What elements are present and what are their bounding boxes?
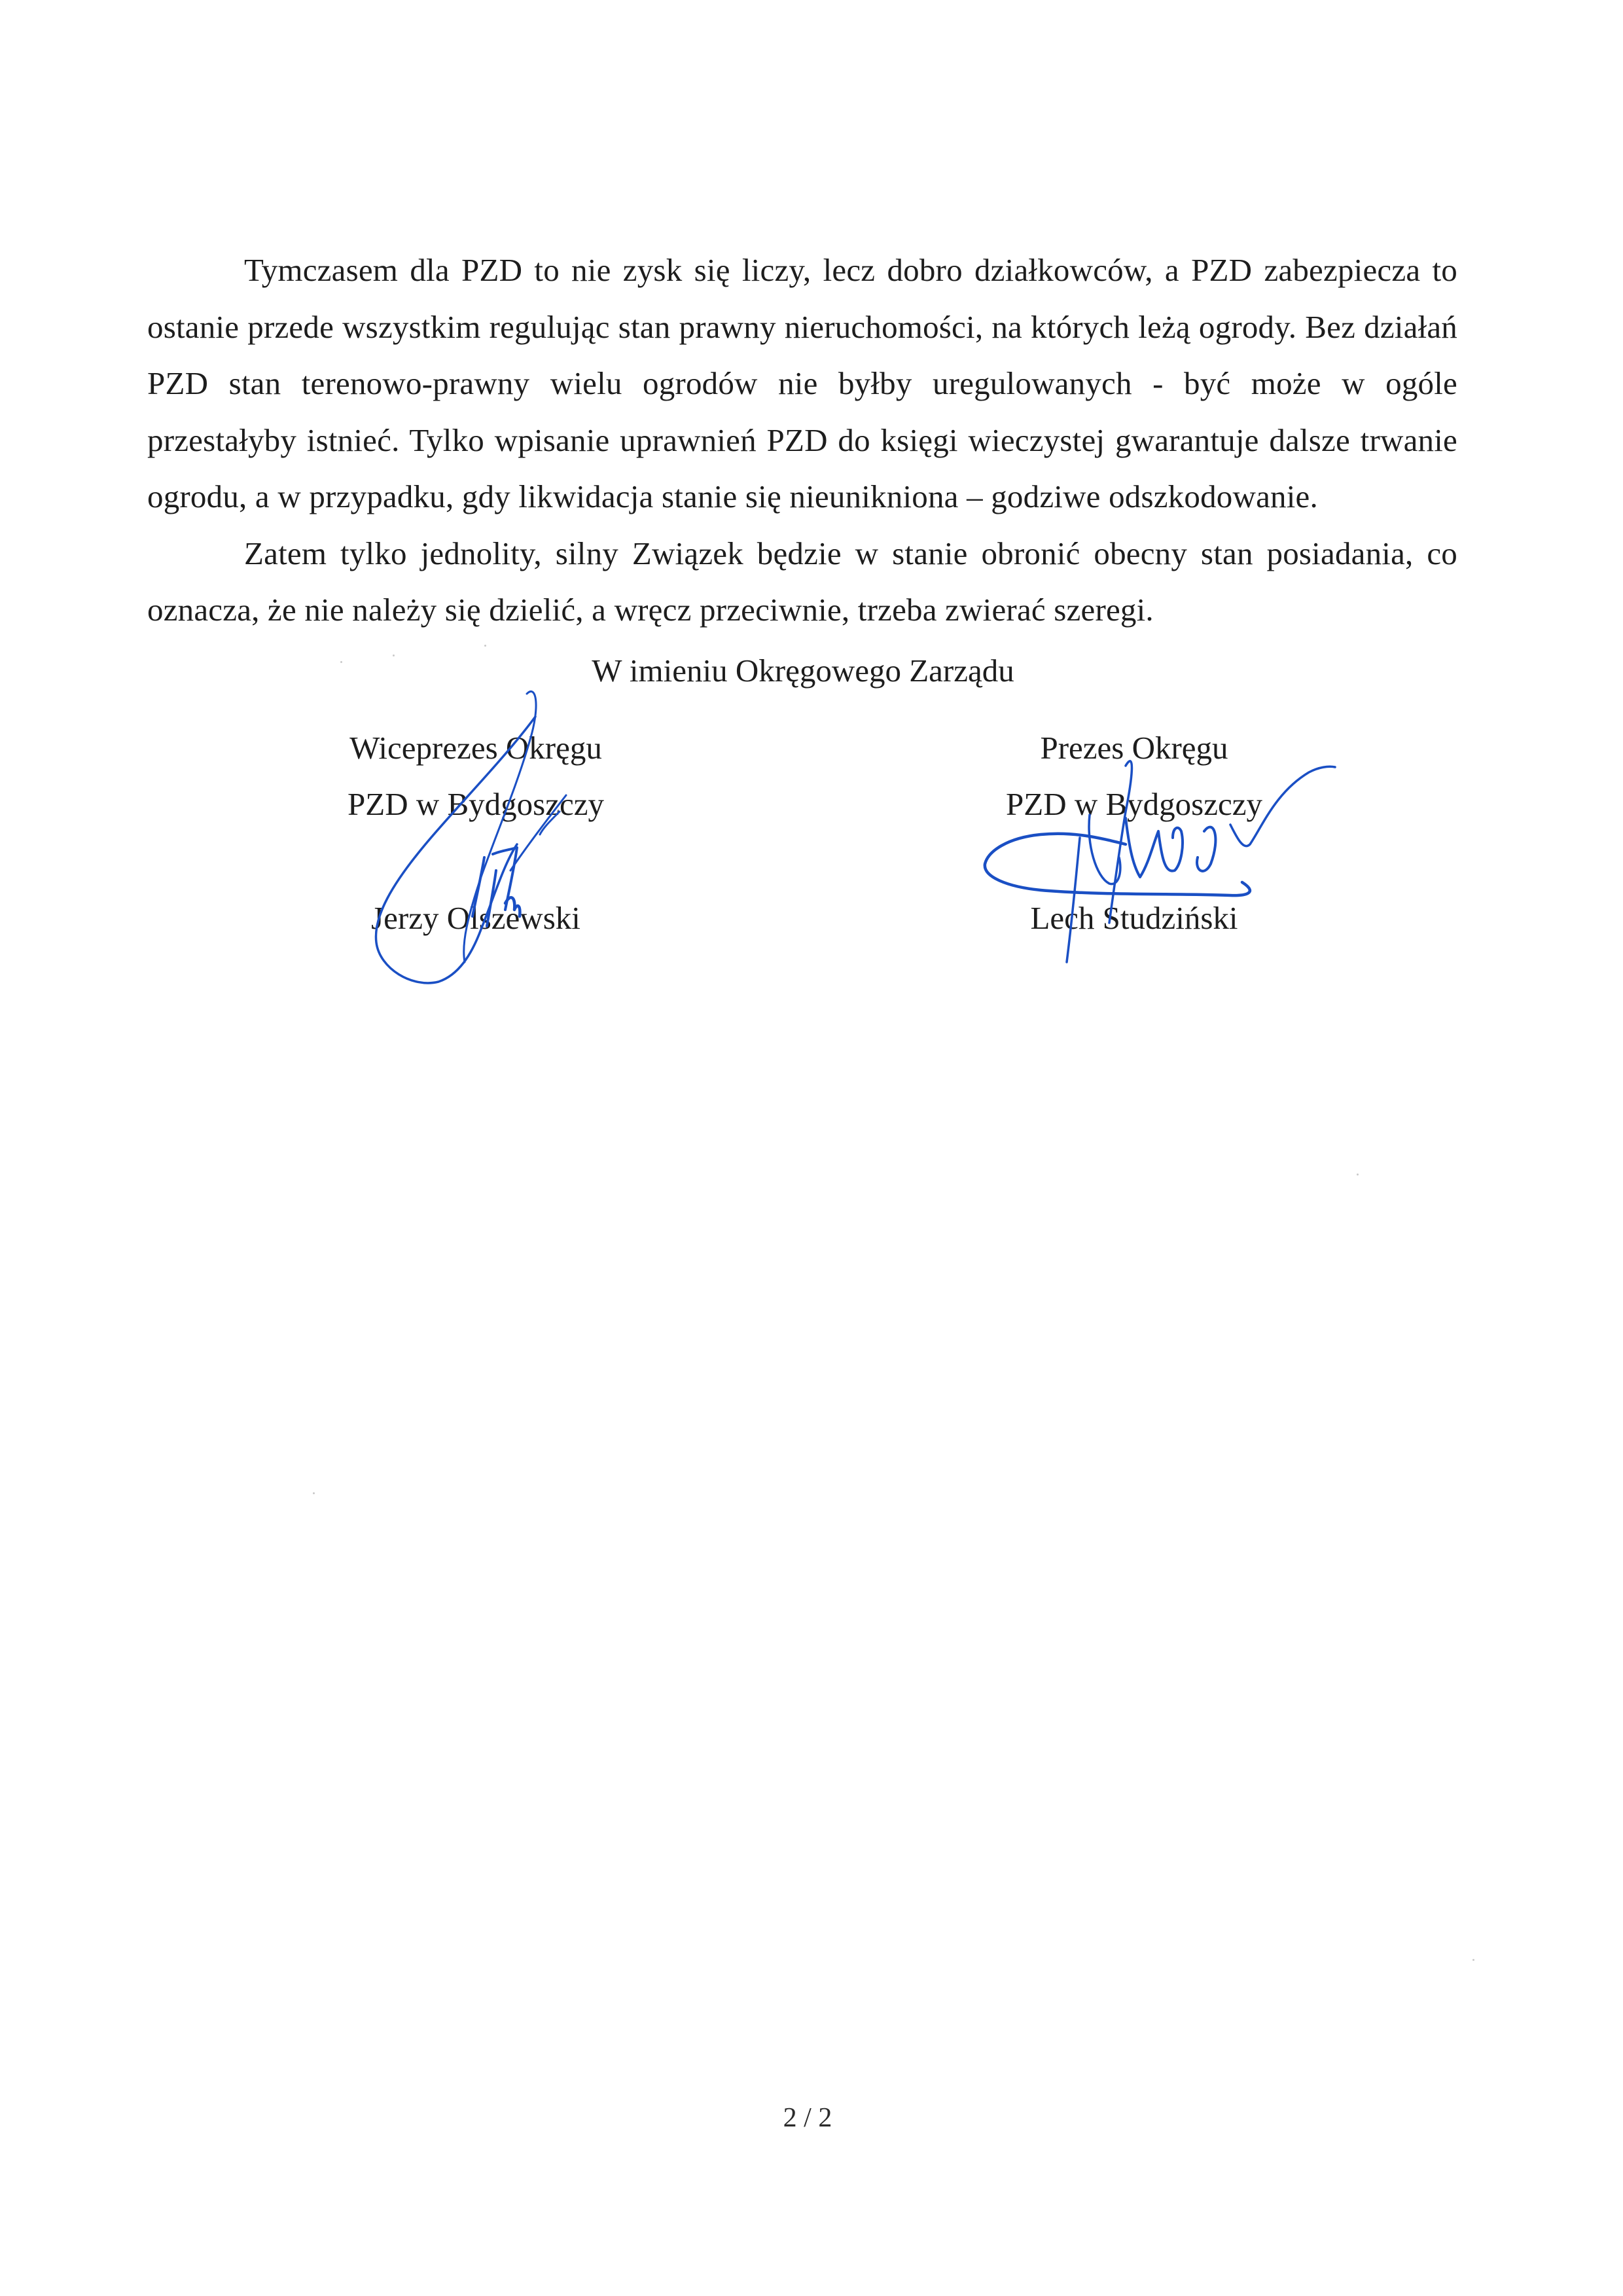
paragraph-1: Tymczasem dla PZD to nie zysk się liczy,… <box>147 242 1457 526</box>
scan-speck <box>393 655 395 656</box>
signatory-vice-president: Wiceprezes Okręgu PZD w Bydgoszczy Jerzy… <box>214 720 738 946</box>
scan-speck <box>484 645 486 647</box>
signatory-title: Prezes Okręgu <box>872 720 1396 776</box>
closing-line: W imieniu Okręgowego Zarządu <box>0 651 1614 691</box>
signatory-name: Jerzy Olszewski <box>214 890 738 946</box>
scan-speck <box>340 661 342 663</box>
signatory-title: Wiceprezes Okręgu <box>214 720 738 776</box>
page-number: 2 / 2 <box>0 2102 1619 2134</box>
signatory-president: Prezes Okręgu PZD w Bydgoszczy Lech Stud… <box>872 720 1396 946</box>
scan-speck <box>1472 1959 1474 1961</box>
scan-speck <box>313 1492 315 1494</box>
signatory-name: Lech Studziński <box>872 890 1396 946</box>
scan-speck <box>1357 1174 1359 1175</box>
document-page: Tymczasem dla PZD to nie zysk się liczy,… <box>0 0 1623 2296</box>
letter-body: Tymczasem dla PZD to nie zysk się liczy,… <box>147 242 1457 639</box>
signatory-organization: PZD w Bydgoszczy <box>214 776 738 833</box>
signatory-organization: PZD w Bydgoszczy <box>872 776 1396 833</box>
paragraph-2: Zatem tylko jednolity, silny Związek będ… <box>147 526 1457 639</box>
